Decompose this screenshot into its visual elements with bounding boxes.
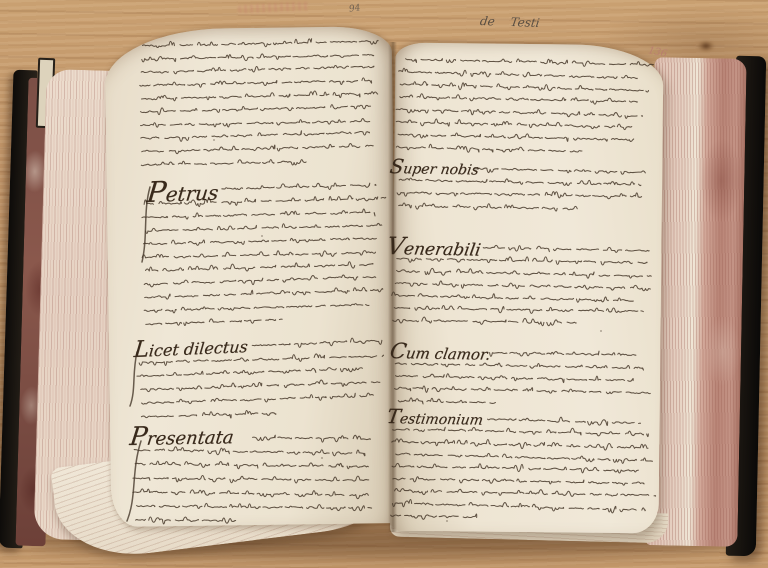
photo-of-open-manuscript: { "palette": { "wood": "#c39a6c", "cover… xyxy=(0,0,768,568)
headword-cum-clamor: Cum clamor. xyxy=(388,339,493,366)
right-page xyxy=(390,43,663,534)
headword-testimonium: Testimonium xyxy=(385,405,485,430)
headword-petrus: Petrus xyxy=(145,173,220,209)
headword-venerabili: Venerabili xyxy=(385,232,483,262)
wood-knot xyxy=(697,40,715,52)
headword-super-nobis: Super nobis xyxy=(388,155,481,179)
top-edge-number: 94 xyxy=(348,3,361,14)
headword-licet-dilectus: Licet dilectus xyxy=(133,332,249,363)
gutter-fold xyxy=(388,42,397,532)
running-header: de Testi xyxy=(479,14,541,30)
left-page xyxy=(105,26,399,527)
headword-presentata: Presentata xyxy=(128,420,236,452)
